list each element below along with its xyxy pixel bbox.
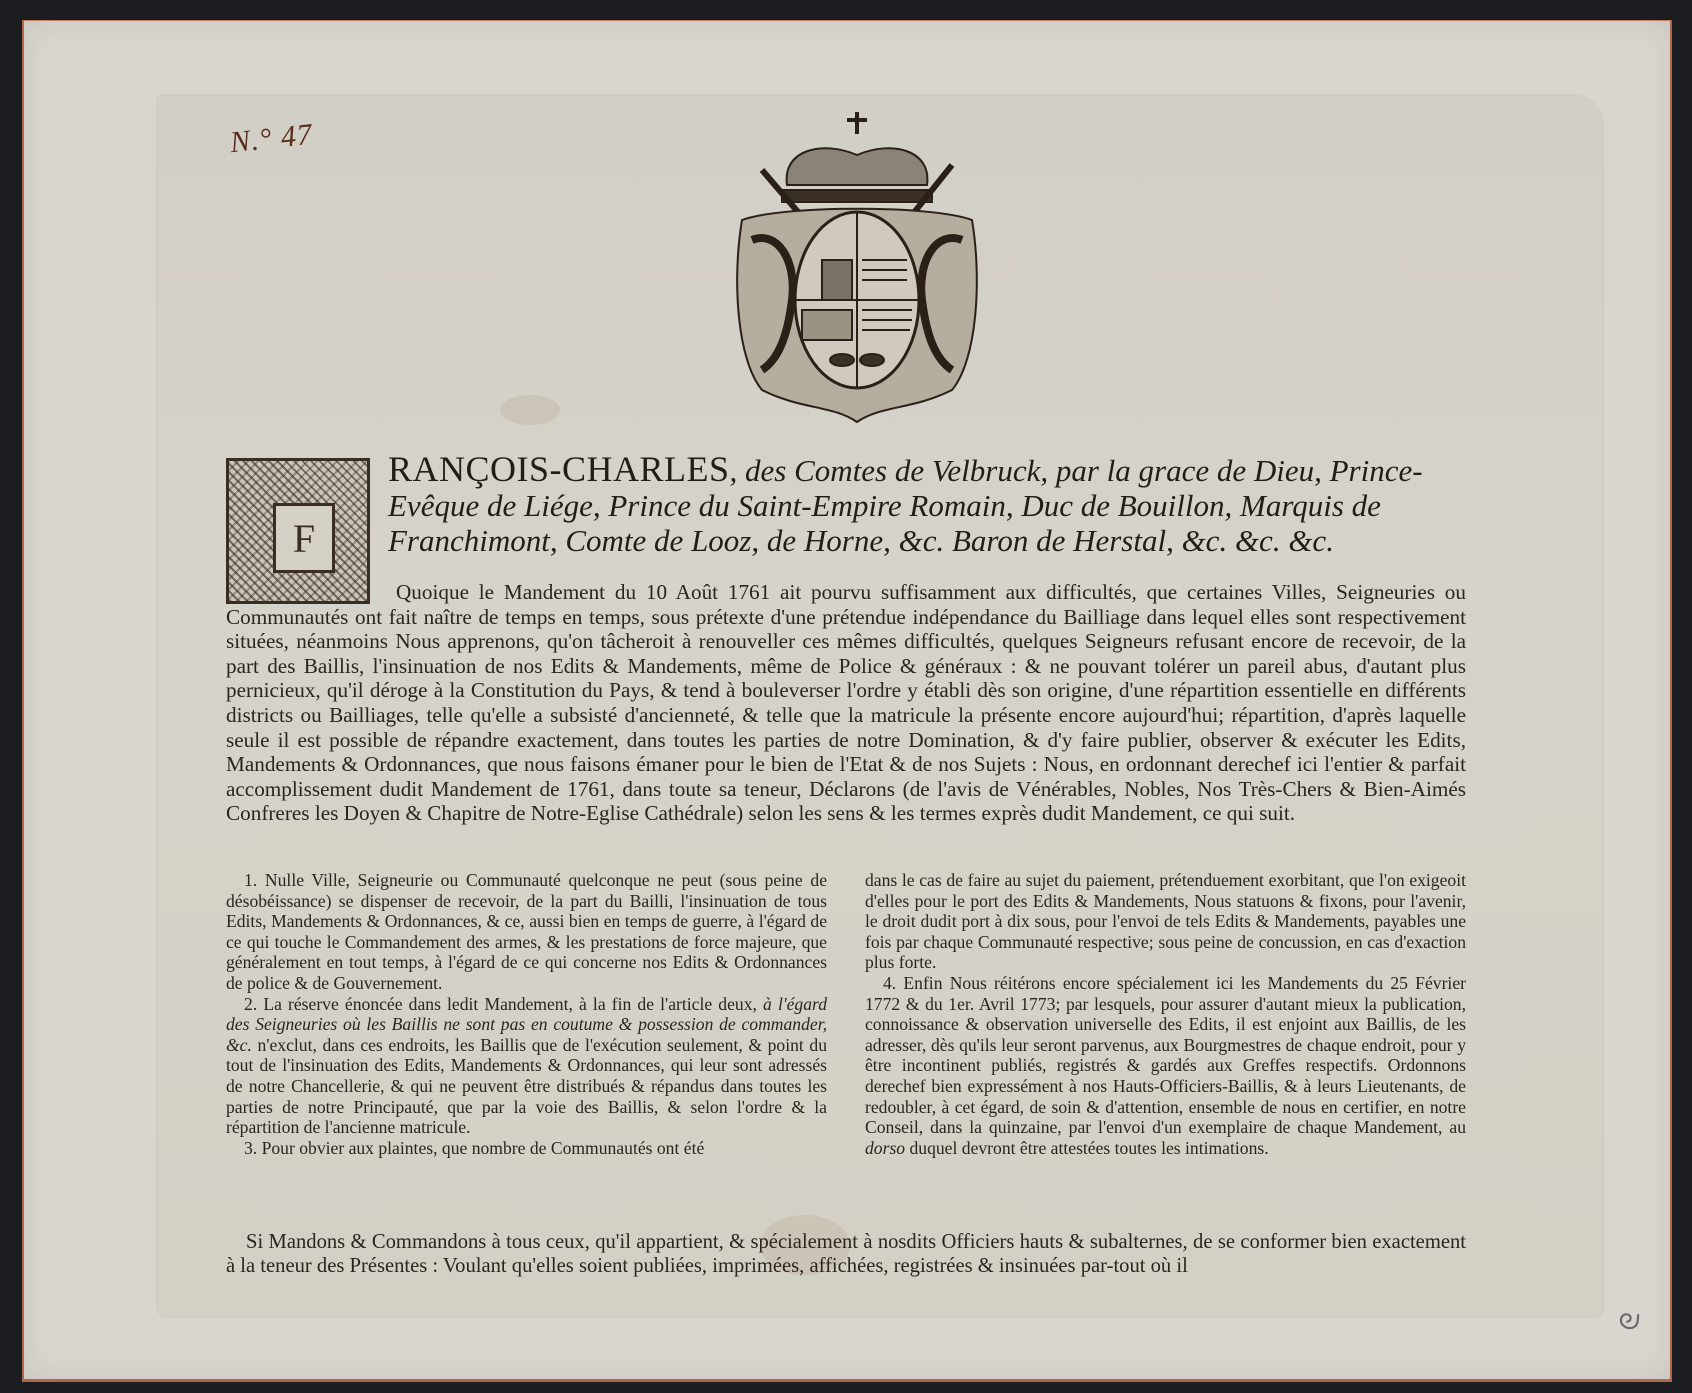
articles-columns: 1. Nulle Ville, Seigneurie ou Communauté… [226,870,1466,1158]
article-4: 4. Enfin Nous réitérons encore spécialem… [865,973,1466,1158]
closing-paragraph: Si Mandons & Commandons à tous ceux, qu'… [226,1230,1466,1278]
article-4-italic: dorso [865,1138,905,1158]
title-line2: Evêque de Liége, Prince du Saint-Empire … [388,488,1381,523]
article-2-start: 2. La réserve énoncée dans ledit Mandeme… [244,994,763,1014]
article-4-start: 4. Enfin Nous réitérons encore spécialem… [865,973,1466,1137]
article-2-end: n'exclut, dans ces endroits, les Baillis… [226,1035,827,1137]
articles-left-column: 1. Nulle Ville, Seigneurie ou Communauté… [226,870,827,1158]
title-name: RANÇOIS-CHARLES [388,449,730,489]
article-1: 1. Nulle Ville, Seigneurie ou Communauté… [226,870,827,994]
drop-cap-letter: F [273,503,335,573]
pencil-corner-note: ᘓ [1615,1311,1647,1332]
paper-stain [500,395,560,425]
preamble-paragraph: Quoique le Mandement du 10 Août 1761 ait… [226,580,1466,826]
title-line1-rest: , des Comtes de Velbruck, par la grace d… [730,453,1423,488]
document-title: RANÇOIS-CHARLES, des Comtes de Velbruck,… [388,452,1468,558]
title-line3: Franchimont, Comte de Looz, de Horne, &c… [388,523,1334,558]
article-2: 2. La réserve énoncée dans ledit Mandeme… [226,994,827,1138]
article-3-start: 3. Pour obvier aux plaintes, que nombre … [226,1138,827,1159]
articles-right-column: dans le cas de faire au sujet du paiemen… [865,870,1466,1158]
article-4-end: duquel devront être attestées toutes les… [905,1138,1269,1158]
coat-of-arms-icon [722,110,992,425]
article-3-continued: dans le cas de faire au sujet du paiemen… [865,870,1466,973]
